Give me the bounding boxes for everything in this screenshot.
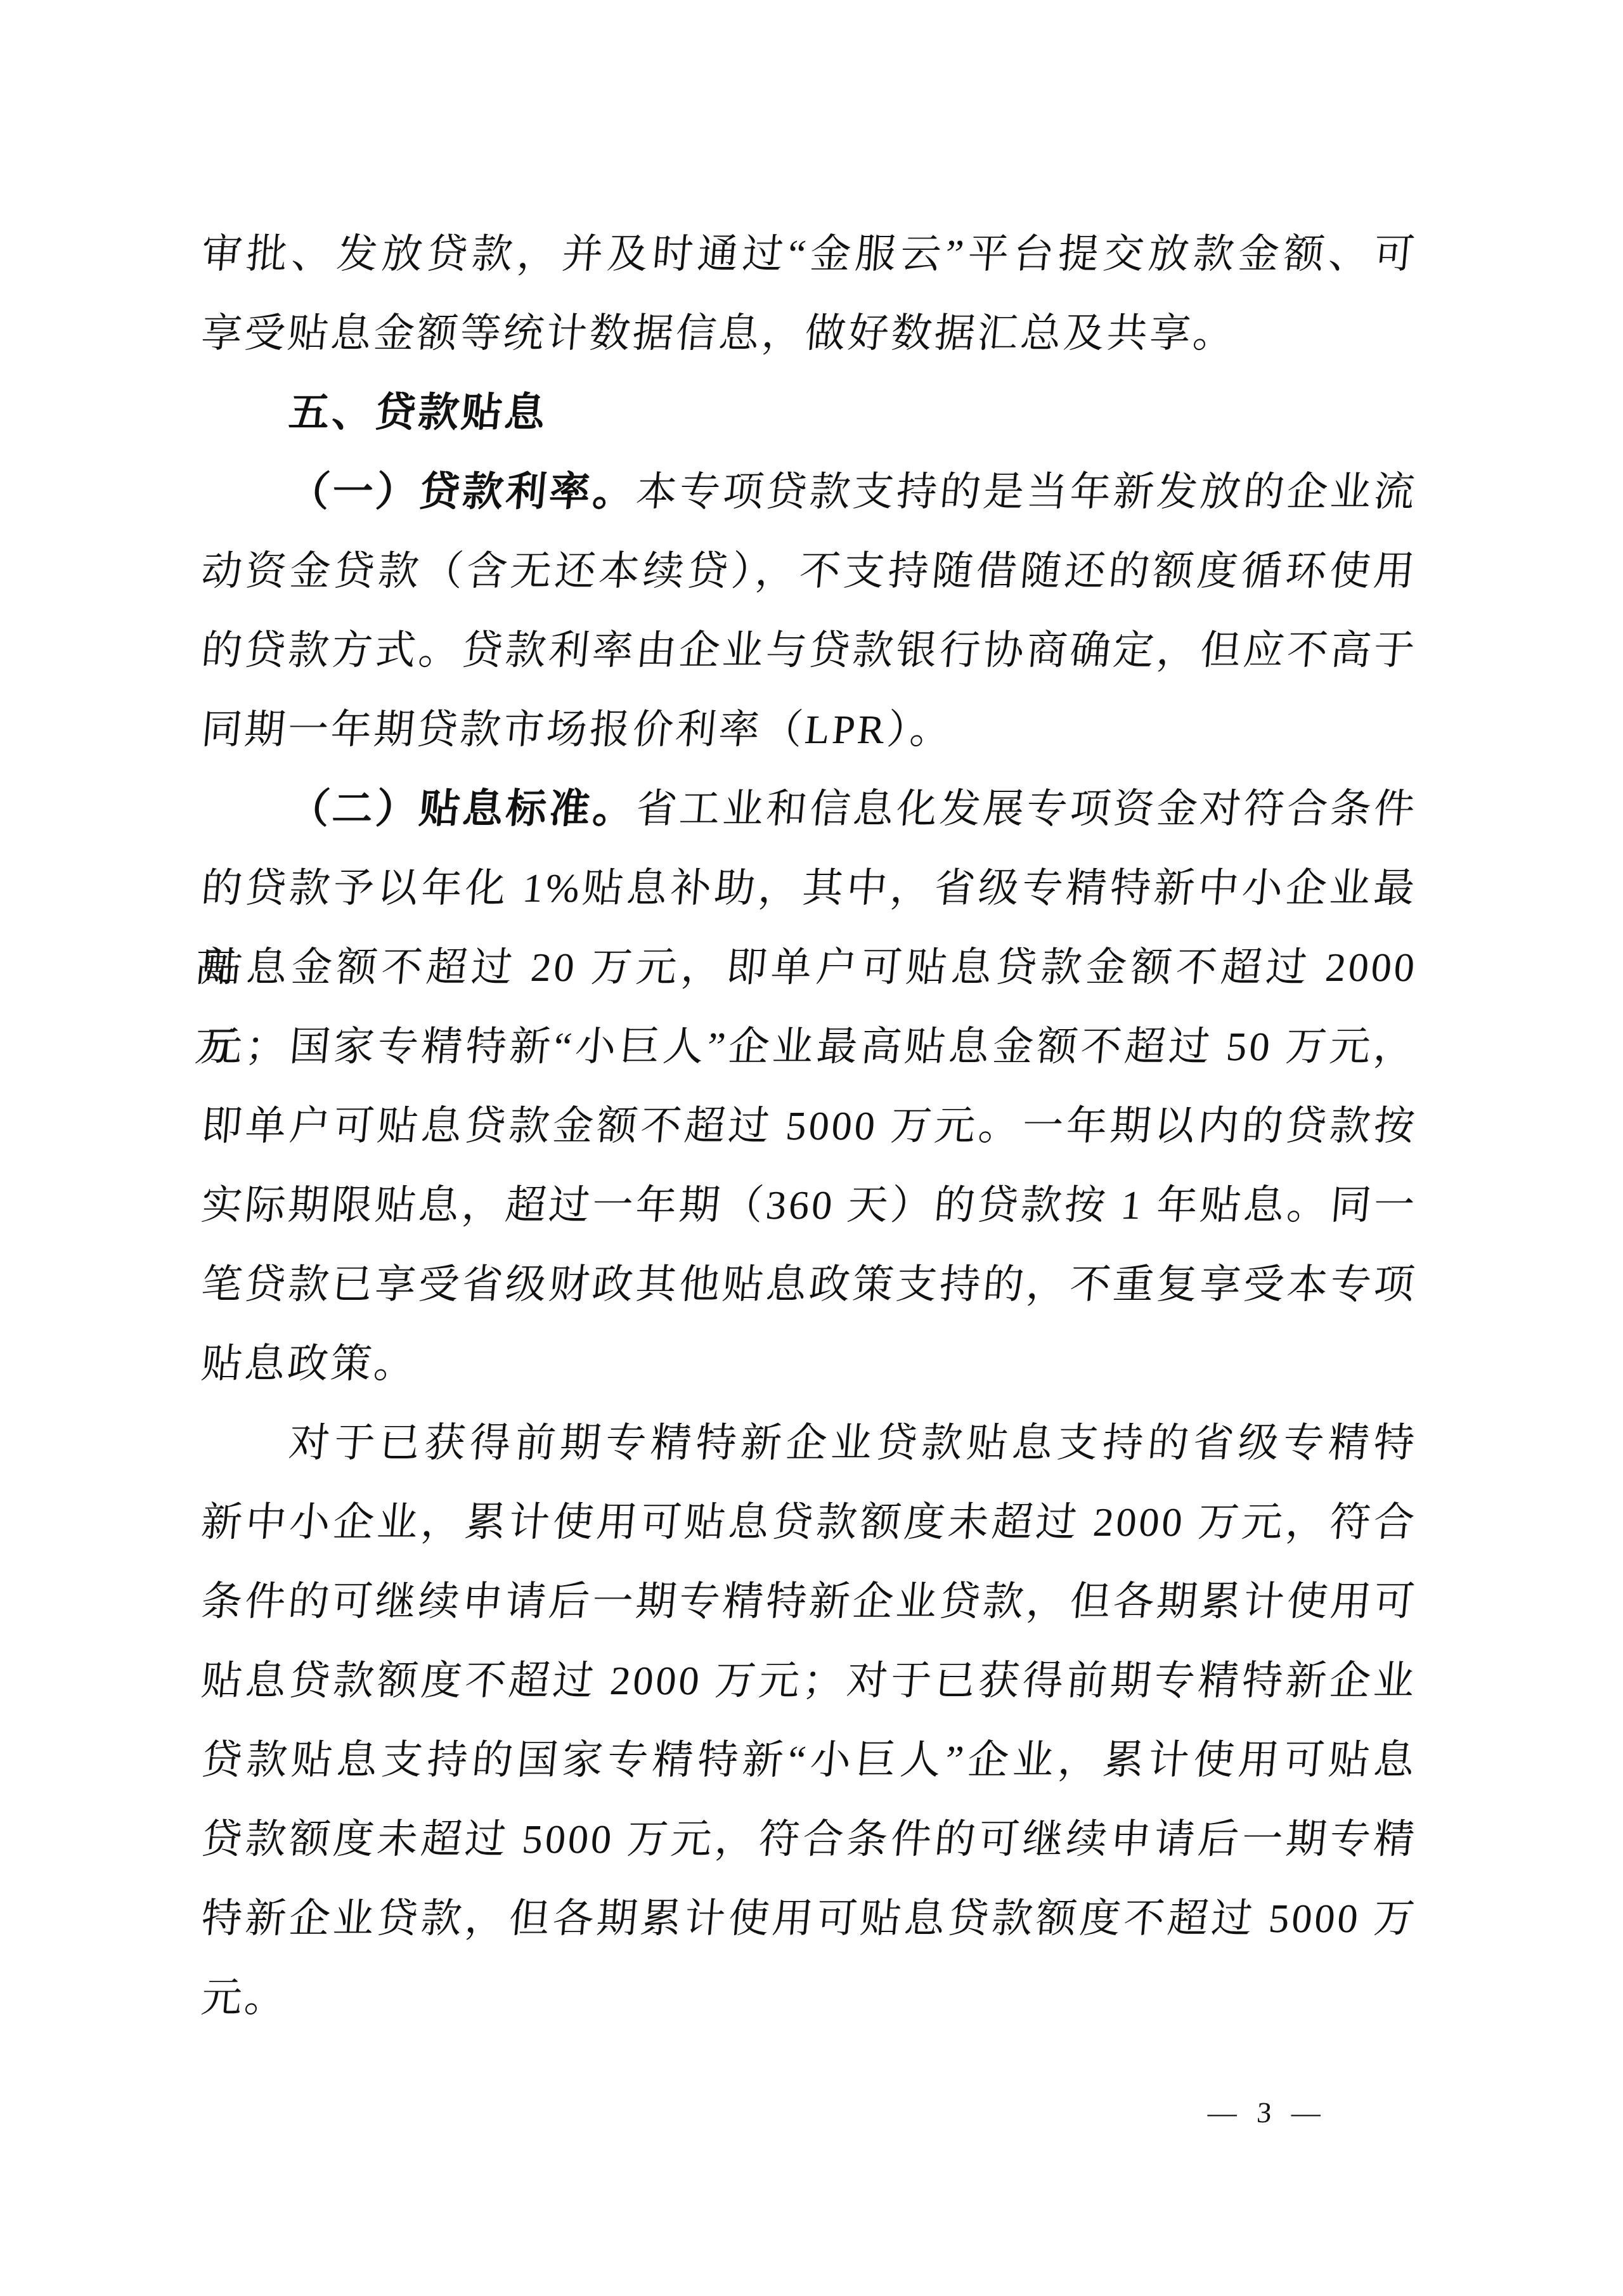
text-line: 对于已获得前期专精特新企业贷款贴息支持的省级专精特	[198, 1403, 1421, 1482]
text-segment: 本专项贷款支持的是当年新发放的企业流	[634, 469, 1419, 514]
text-segment: 审批、发放贷款，并及时通过“金服云”平台提交放款金额、可	[200, 231, 1419, 276]
text-line: （二）贴息标准。省工业和信息化发展专项资金对符合条件	[198, 769, 1421, 848]
text-line: 实际期限贴息，超过一年期（360 天）的贷款按 1 年贴息。同一	[198, 1165, 1421, 1245]
text-line: 动资金贷款（含无还本续贷），不支持随借随还的额度循环使用	[198, 531, 1421, 611]
text-line: 即单户可贴息贷款金额不超过 5000 万元。一年期以内的贷款按	[198, 1086, 1421, 1165]
text-segment: 贷款额度未超过 5000 万元，符合条件的可继续申请后一期专精	[200, 1817, 1419, 1862]
text-segment: 元；国家专精特新“小巨人”企业最高贴息金额不超过 50 万元，	[200, 1024, 1419, 1069]
text-line: 元。	[198, 1958, 1421, 2037]
text-line: 贴息政策。	[198, 1324, 1421, 1403]
text-line: 条件的可继续申请后一期专精特新企业贷款，但各期累计使用可	[198, 1562, 1421, 1641]
text-line: 贷款贴息支持的国家专精特新“小巨人”企业，累计使用可贴息	[198, 1720, 1421, 1800]
text-line: 贴息金额不超过 20 万元，即单户可贴息贷款金额不超过 2000 万	[198, 928, 1421, 1007]
text-segment: 同期一年期贷款市场报价利率（LPR）。	[200, 707, 955, 752]
text-segment: 即单户可贴息贷款金额不超过 5000 万元。一年期以内的贷款按	[200, 1103, 1419, 1148]
text-segment: 贴息贷款额度不超过 2000 万元；对于已获得前期专精特新企业	[200, 1658, 1419, 1703]
text-line: 贷款额度未超过 5000 万元，符合条件的可继续申请后一期专精	[198, 1800, 1421, 1879]
text-segment: 享受贴息金额等统计数据信息，做好数据汇总及共享。	[200, 311, 1238, 356]
text-segment: 的贷款方式。贷款利率由企业与贷款银行协商确定，但应不高于	[200, 628, 1419, 673]
text-line: 的贷款予以年化 1%贴息补助，其中，省级专精特新中小企业最高	[198, 848, 1421, 928]
text-segment: 元。	[200, 1975, 290, 2020]
text-line: 审批、发放贷款，并及时通过“金服云”平台提交放款金额、可	[198, 214, 1421, 294]
text-line: 新中小企业，累计使用可贴息贷款额度未超过 2000 万元，符合	[198, 1482, 1421, 1562]
text-line: 特新企业贷款，但各期累计使用可贴息贷款额度不超过 5000 万	[198, 1879, 1421, 1958]
bold-text-segment: （一）贷款利率。	[287, 469, 638, 514]
text-segment: 新中小企业，累计使用可贴息贷款额度未超过 2000 万元，符合	[200, 1500, 1419, 1545]
text-line: 同期一年期贷款市场报价利率（LPR）。	[198, 690, 1421, 769]
text-segment: 动资金贷款（含无还本续贷），不支持随借随还的额度循环使用	[200, 548, 1419, 593]
text-segment: 特新企业贷款，但各期累计使用可贴息贷款额度不超过 5000 万	[200, 1896, 1419, 1941]
text-segment: 实际期限贴息，超过一年期（360 天）的贷款按 1 年贴息。同一	[200, 1183, 1419, 1228]
section-heading: 五、贷款贴息	[198, 373, 1421, 452]
text-segment: 贴息政策。	[200, 1341, 419, 1386]
text-segment: 贷款贴息支持的国家专精特新“小巨人”企业，累计使用可贴息	[200, 1737, 1419, 1782]
document-page: 审批、发放贷款，并及时通过“金服云”平台提交放款金额、可享受贴息金额等统计数据信…	[0, 0, 1623, 2296]
text-line: 享受贴息金额等统计数据信息，做好数据汇总及共享。	[198, 294, 1421, 373]
text-segment: 对于已获得前期专精特新企业贷款贴息支持的省级专精特	[287, 1420, 1419, 1465]
text-segment: 笔贷款已享受省级财政其他贴息政策支持的，不重复享受本专项	[200, 1262, 1419, 1307]
text-line: 贴息贷款额度不超过 2000 万元；对于已获得前期专精特新企业	[198, 1641, 1421, 1720]
text-segment: 省工业和信息化发展专项资金对符合条件	[634, 786, 1419, 831]
text-line: 的贷款方式。贷款利率由企业与贷款银行协商确定，但应不高于	[198, 611, 1421, 690]
page-number: — 3 —	[1205, 2075, 1329, 2151]
text-line: 笔贷款已享受省级财政其他贴息政策支持的，不重复享受本专项	[198, 1245, 1421, 1324]
document-body: 审批、发放贷款，并及时通过“金服云”平台提交放款金额、可享受贴息金额等统计数据信…	[202, 214, 1417, 2037]
bold-text-segment: （二）贴息标准。	[287, 786, 638, 831]
bold-text-segment: 五、贷款贴息	[287, 390, 550, 435]
text-line: 元；国家专精特新“小巨人”企业最高贴息金额不超过 50 万元，	[198, 1007, 1421, 1086]
text-segment: 条件的可继续申请后一期专精特新企业贷款，但各期累计使用可	[200, 1579, 1419, 1624]
text-line: （一）贷款利率。本专项贷款支持的是当年新发放的企业流	[198, 452, 1421, 531]
